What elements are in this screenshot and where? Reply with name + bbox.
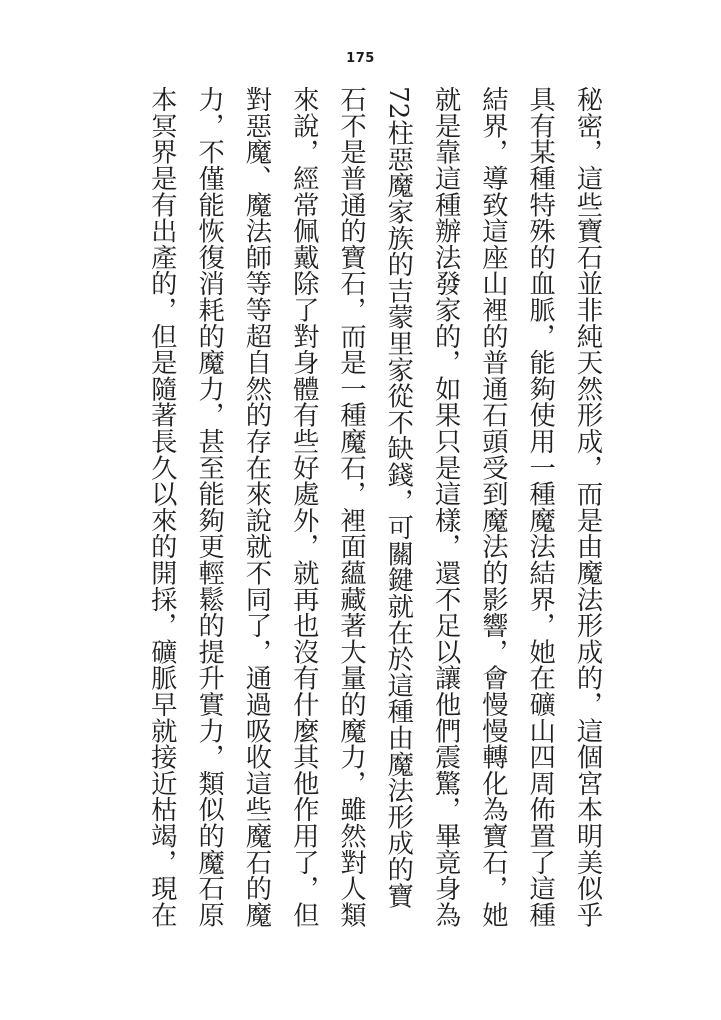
text-column: 本冥界是有出產的，但是隨著長久以來的開採，礦脈早就接近枯竭，現在	[137, 86, 184, 932]
text-column: 具有某種特殊的血脈，能夠使用一種魔法結界，她在礦山四周佈置了這種	[515, 86, 562, 932]
text-column: 秘密，這些寶石並非純天然形成，而是由魔法形成的，這個宮本明美似乎	[563, 86, 610, 932]
page-text: 秘密，這些寶石並非純天然形成，而是由魔法形成的，這個宮本明美似乎具有某種特殊的血…	[136, 86, 610, 932]
text-column: 72柱惡魔家族的吉蒙里家從不缺錢，可關鍵就在於這種由魔法形成的寶	[374, 86, 421, 932]
text-column: 石不是普通的寶石，而是一種魔石，裡面蘊藏著大量的魔力，雖然對人類	[326, 86, 373, 932]
text-column: 來說，經常佩戴除了對身體有些好處外，就再也沒有什麼其他作用了，但	[279, 86, 326, 932]
text-column: 結界，導致這座山裡的普通石頭受到魔法的影響，會慢慢轉化為寶石，她	[468, 86, 515, 932]
page-number: 175	[0, 51, 721, 66]
text-column: 就是靠這種辦法發家的，如果只是這樣，還不足以讓他們震驚，畢竟身為	[421, 86, 468, 932]
text-column: 對惡魔、魔法師等等超自然的存在來說就不同了，通過吸收這些魔石的魔	[232, 86, 279, 932]
book-page: 175 秘密，這些寶石並非純天然形成，而是由魔法形成的，這個宮本明美似乎具有某種…	[0, 0, 721, 1020]
text-column: 力，不僅能恢復消耗的魔力，甚至能夠更輕鬆的提升實力，類似的魔石原	[184, 86, 231, 932]
